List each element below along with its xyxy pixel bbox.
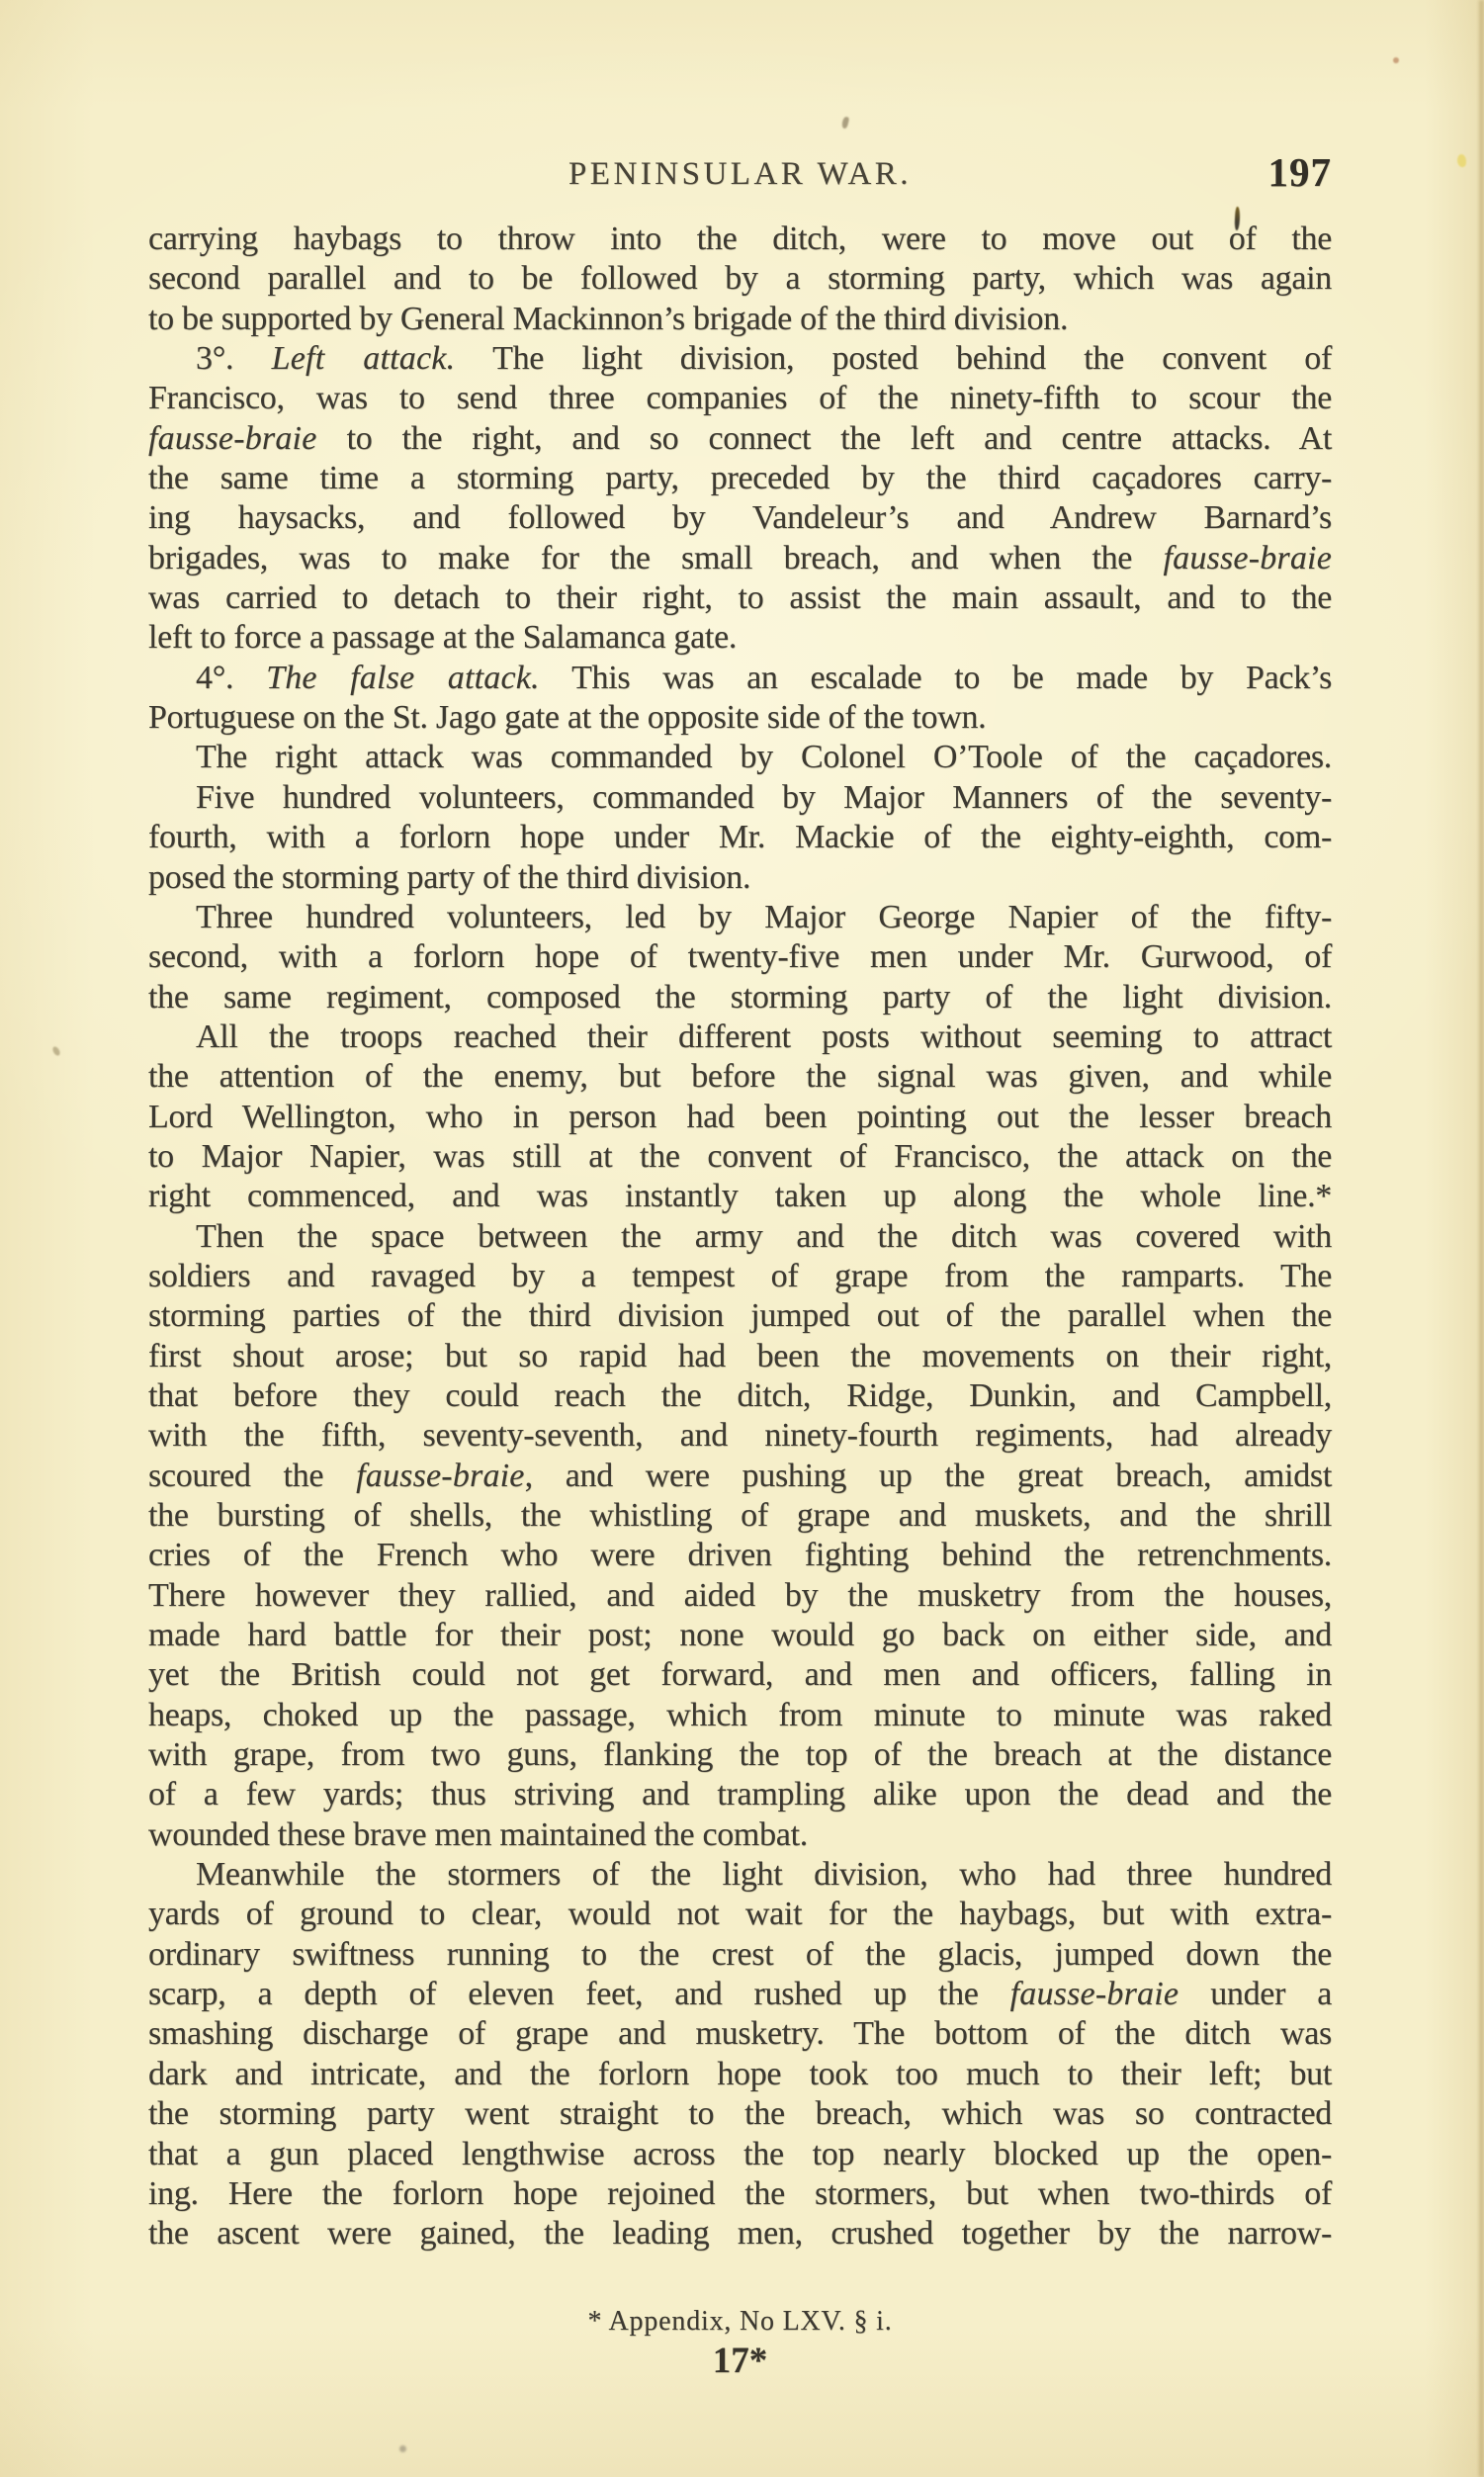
text-line: Three hundred volunteers, led by Major G… <box>148 898 1332 937</box>
text-line: soldiers and ravaged by a tempest of gra… <box>148 1257 1332 1296</box>
text-line: yards of ground to clear, would not wait… <box>148 1895 1332 1934</box>
text-line: was carried to detach to their right, to… <box>148 578 1332 618</box>
text-line: the attention of the enemy, but before t… <box>148 1057 1332 1097</box>
page-right-edge-shadow <box>1479 0 1484 2477</box>
printer-signature-mark: 17* <box>148 2340 1332 2382</box>
text-line: second parallel and to be followed by a … <box>148 259 1332 299</box>
text-line: with grape, from two guns, flanking the … <box>148 1735 1332 1775</box>
paragraph: The right attack was commanded by Colone… <box>148 738 1332 777</box>
text-line: The right attack was commanded by Colone… <box>148 738 1332 777</box>
text-line: the bursting of shells, the whistling of… <box>148 1496 1332 1536</box>
text-line: ing. Here the forlorn hope rejoined the … <box>148 2174 1332 2214</box>
text-line: made hard battle for their post; none wo… <box>148 1616 1332 1655</box>
text-line: fausse-braie to the right, and so connec… <box>148 419 1332 459</box>
text-line: to be supported by General Mackinnon’s b… <box>148 300 1332 339</box>
text-line: dark and intricate, and the forlorn hope… <box>148 2055 1332 2094</box>
text-line: yet the British could not get forward, a… <box>148 1655 1332 1695</box>
text-line: All the troops reached their different p… <box>148 1017 1332 1057</box>
text-line: Portuguese on the St. Jago gate at the o… <box>148 698 1332 738</box>
text-line: with the fifth, seventy-seventh, and nin… <box>148 1416 1332 1456</box>
text-line: carrying haybags to throw into the ditch… <box>148 220 1332 259</box>
text-line: Lord Wellington, who in person had been … <box>148 1098 1332 1137</box>
text-line: heaps, choked up the passage, which from… <box>148 1696 1332 1735</box>
text-line: fourth, with a forlorn hope under Mr. Ma… <box>148 818 1332 857</box>
text-line: that a gun placed lengthwise across the … <box>148 2135 1332 2174</box>
paragraph: Meanwhile the stormers of the light divi… <box>148 1855 1332 2254</box>
text-line: posed the storming party of the third di… <box>148 858 1332 898</box>
text-line: the ascent were gained, the leading men,… <box>148 2214 1332 2254</box>
paragraph: 4°. The false attack. This was an escala… <box>148 659 1332 739</box>
text-line: There however they rallied, and aided by… <box>148 1576 1332 1616</box>
paragraph: carrying haybags to throw into the ditch… <box>148 220 1332 339</box>
text-line: second, with a forlorn hope of twenty-fi… <box>148 937 1332 977</box>
text-line: 4°. The false attack. This was an escala… <box>148 659 1332 698</box>
text-line: ing haysacks, and followed by Vandeleur’… <box>148 498 1332 538</box>
text-line: the storming party went straight to the … <box>148 2094 1332 2134</box>
text-line: first shout arose; but so rapid had been… <box>148 1337 1332 1376</box>
text-line: scarp, a depth of eleven feet, and rushe… <box>148 1975 1332 2014</box>
text-line: wounded these brave men maintained the c… <box>148 1815 1332 1855</box>
text-line: ordinary swiftness running to the crest … <box>148 1935 1332 1975</box>
paragraph: All the troops reached their different p… <box>148 1017 1332 1217</box>
page-title: PENINSULAR WAR. <box>148 156 1332 193</box>
text-line: the same time a storming party, preceded… <box>148 459 1332 498</box>
body-text: carrying haybags to throw into the ditch… <box>148 220 1332 2255</box>
paragraph: Five hundred volunteers, commanded by Ma… <box>148 778 1332 898</box>
page-number: 197 <box>1268 148 1333 196</box>
paragraph: Three hundred volunteers, led by Major G… <box>148 898 1332 1017</box>
text-line: 3°. Left attack. The light division, pos… <box>148 339 1332 379</box>
text-line: cries of the French who were driven figh… <box>148 1536 1332 1575</box>
text-line: brigades, was to make for the small brea… <box>148 539 1332 578</box>
text-line: scoured the fausse-braie, and were pushi… <box>148 1457 1332 1496</box>
text-line: right commenced, and was instantly taken… <box>148 1177 1332 1216</box>
text-line: Then the space between the army and the … <box>148 1217 1332 1257</box>
text-line: smashing discharge of grape and musketry… <box>148 2014 1332 2054</box>
text-line: Francisco, was to send three companies o… <box>148 379 1332 418</box>
text-line: storming parties of the third division j… <box>148 1296 1332 1336</box>
text-line: to Major Napier, was still at the conven… <box>148 1137 1332 1177</box>
text-line: left to force a passage at the Salamanca… <box>148 618 1332 658</box>
scanned-book-page: { "colors": { "paper": "#f6efca", "ink":… <box>0 0 1484 2477</box>
text-line: that before they could reach the ditch, … <box>148 1376 1332 1416</box>
text-line: Meanwhile the stormers of the light divi… <box>148 1855 1332 1895</box>
paragraph: Then the space between the army and the … <box>148 1217 1332 1856</box>
paragraph: 3°. Left attack. The light division, pos… <box>148 339 1332 659</box>
footnote: * Appendix, No LXV. § i. <box>148 2306 1332 2338</box>
running-head: PENINSULAR WAR. 197 <box>148 148 1332 208</box>
text-line: Five hundred volunteers, commanded by Ma… <box>148 778 1332 818</box>
text-line: the same regiment, composed the storming… <box>148 978 1332 1017</box>
text-line: of a few yards; thus striving and trampl… <box>148 1775 1332 1814</box>
